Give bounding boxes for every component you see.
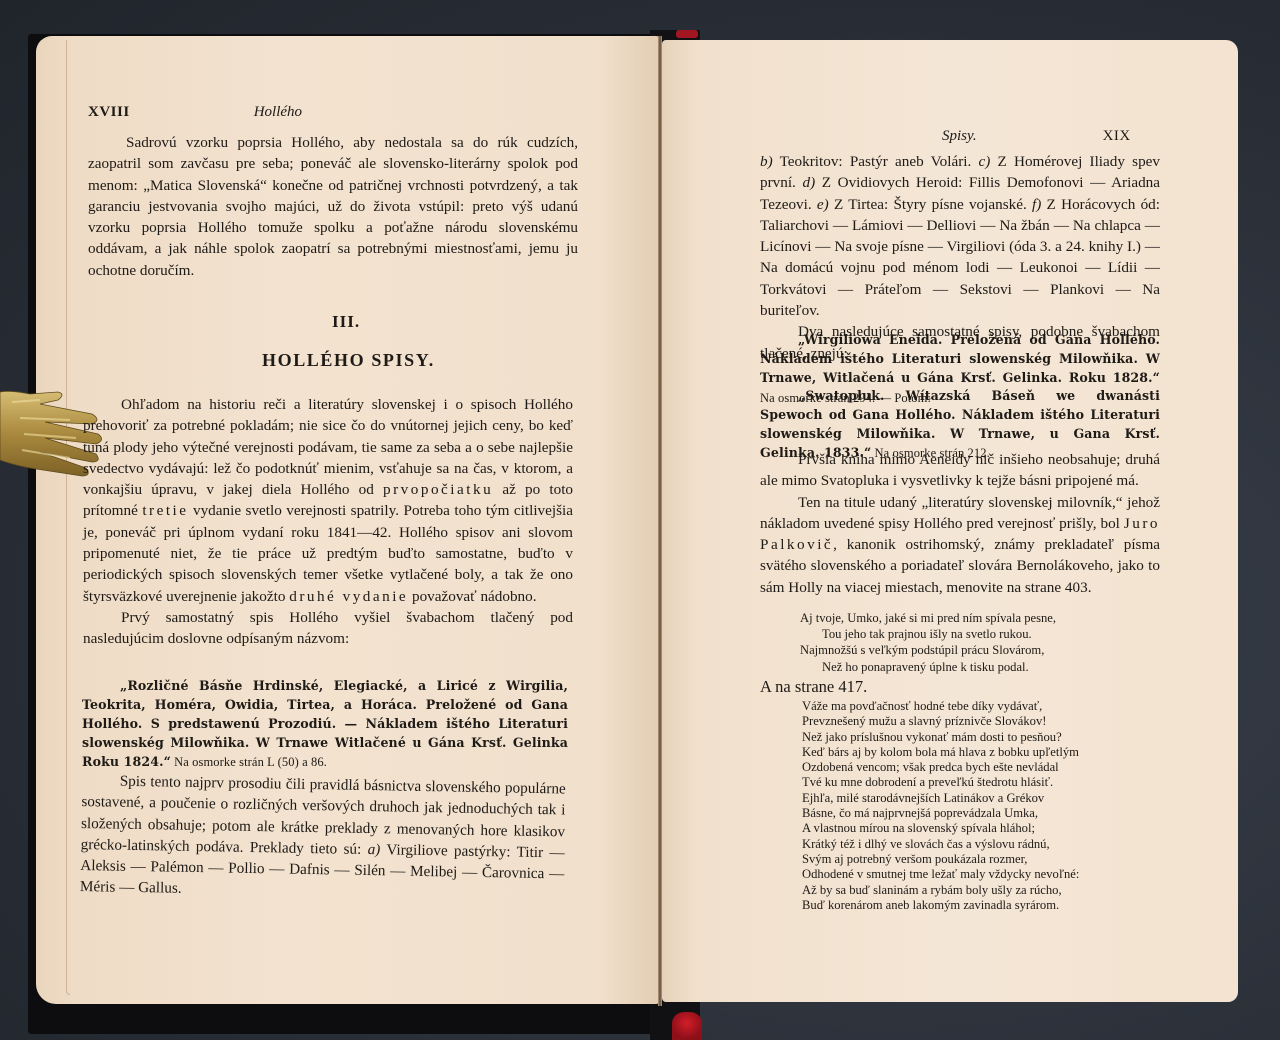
section-number: III. bbox=[332, 312, 360, 332]
bookmark-ribbon bbox=[672, 1012, 702, 1040]
verse-line: Tvé ku mne dobrodení a preveľkú štedrotu… bbox=[802, 775, 1182, 790]
paragraph: Ten na titule udaný „literatúry slovensk… bbox=[760, 492, 1160, 598]
verse-line: Aj tvoje, Umko, jaké si mi pred ním spív… bbox=[800, 610, 1180, 626]
right-page-header: Spisy. XIX bbox=[942, 128, 1131, 145]
verse-line: Prevznešený mužu a slavný príznivče Slov… bbox=[802, 714, 1182, 729]
left-page-header: XVIII Hollého bbox=[88, 104, 302, 121]
paragraph: b) Teokritov: Pastýr aneb Volári. c) Z H… bbox=[760, 151, 1160, 321]
verse-line: Krátký též i dlhý ve slovách čas a výslo… bbox=[802, 837, 1182, 852]
left-paragraph-4: Spis tento najprv prosodiu čili pravidlá… bbox=[80, 770, 566, 906]
verse-line: Tou jeho tak prajnou išly na svetlo ruko… bbox=[800, 626, 1180, 642]
book-gutter bbox=[658, 36, 662, 1006]
running-head: Hollého bbox=[254, 104, 302, 121]
verse-line: Keď bárs aj by kolom bola má hlava z bob… bbox=[802, 745, 1182, 760]
page-number: XVIII bbox=[88, 104, 130, 121]
verse-line: Ozdobená vencom; však predca bych ešte n… bbox=[802, 760, 1182, 775]
bookmark-ribbon-top bbox=[676, 30, 698, 38]
verse-line: Buď korenárom aneb lakomým zavinadla syr… bbox=[802, 898, 1182, 913]
paragraph: Prvý samostatný spis Hollého vyšiel švab… bbox=[83, 607, 573, 650]
quote: „Rozličné Básňe Hrdinské, Elegiacké, a L… bbox=[82, 676, 568, 772]
section-title: HOLLÉHO SPISY. bbox=[262, 350, 435, 371]
left-blackletter-quote: „Rozličné Básňe Hrdinské, Elegiacké, a L… bbox=[82, 676, 568, 772]
verse-line: Než ho ponapravený úplne k tisku podal. bbox=[800, 659, 1180, 675]
page-edge-line bbox=[66, 40, 70, 995]
verse-line: Najmnožšú s veľkým podstúpil prácu Slová… bbox=[800, 642, 1180, 658]
emphasis: tretie bbox=[142, 502, 188, 519]
verse-line: Svým aj potrebný veršom poukázala rozmer… bbox=[802, 852, 1182, 867]
emphasis: druhé vydanie bbox=[289, 588, 408, 605]
verse-line: Váže ma povďačnosť hodné tebe díky vydáv… bbox=[802, 699, 1182, 714]
verse-line: A vlastnou mírou na slovenský spívala hl… bbox=[802, 821, 1182, 836]
verse-block-1: Aj tvoje, Umko, jaké si mi pred ním spív… bbox=[800, 610, 1180, 675]
right-paragraph-3: Prvšia kniha mimo Aeneidy nič inšieho ne… bbox=[760, 449, 1160, 598]
verse-line: Až by sa buď slaninám a rybám boly ušly … bbox=[802, 883, 1182, 898]
running-head: Spisy. bbox=[942, 128, 977, 145]
emphasis: prvopočiatku bbox=[383, 481, 493, 498]
paragraph: Ohľadom na historiu reči a literatúry sl… bbox=[83, 394, 573, 607]
verse-line: Básne, čo má najprvnejšá poprevádzala Um… bbox=[802, 806, 1182, 821]
paragraph: Spis tento najprv prosodiu čili pravidlá… bbox=[80, 770, 566, 906]
paragraph: Sadrovú vzorku poprsia Hollého, aby nedo… bbox=[88, 132, 578, 281]
left-paragraph-2: Ohľadom na historiu reči a literatúry sl… bbox=[83, 394, 573, 650]
verse-block-2: Váže ma povďačnosť hodné tebe díky vydáv… bbox=[802, 699, 1182, 913]
page-number: XIX bbox=[1103, 128, 1131, 145]
left-paragraph-1: Sadrovú vzorku poprsia Hollého, aby nedo… bbox=[88, 132, 578, 281]
paragraph: Prvšia kniha mimo Aeneidy nič inšieho ne… bbox=[760, 449, 1160, 492]
verse-line: Odhodené v smutnej tme ležať maly vždyck… bbox=[802, 867, 1182, 882]
verse-line: Ejhľa, milé starodávnejších Latinákov a … bbox=[802, 791, 1182, 806]
verse-line: Než jako príslušnou vykonať mám dosti to… bbox=[802, 730, 1182, 745]
subheading: A na strane 417. bbox=[760, 677, 867, 697]
